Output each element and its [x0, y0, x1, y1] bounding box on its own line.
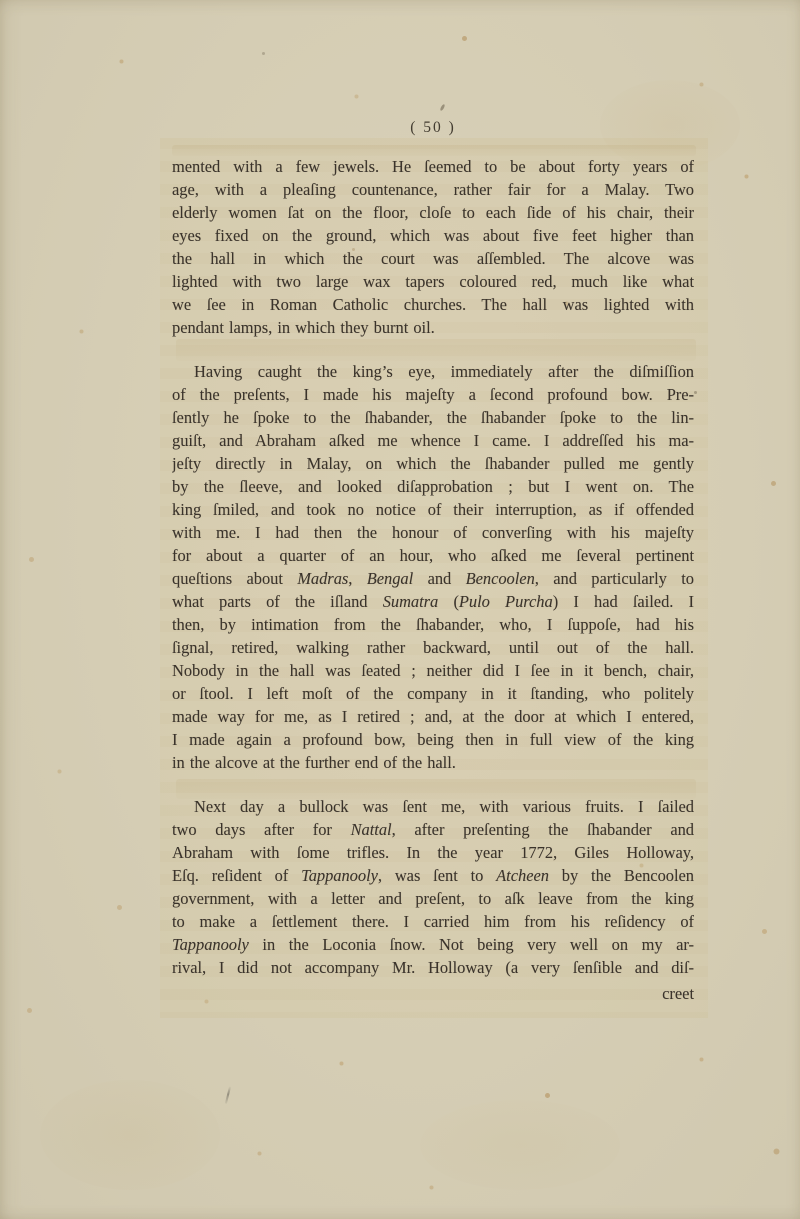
text-line: government, with a letter and preſent, t…	[172, 887, 694, 910]
text-segment: or ſtool. I left moſt of the company in …	[172, 684, 694, 703]
text-segment: by the ſleeve, and looked diſapprobation…	[172, 477, 694, 496]
text-line: to make a ſettlement there. I carried hi…	[172, 910, 694, 933]
text-segment: the hall in which the court was aſſemble…	[172, 249, 694, 268]
text-line: Abraham with ſome trifles. In the year 1…	[172, 841, 694, 864]
text-segment: ) I had ſailed. I	[553, 592, 694, 611]
foxing-specks	[0, 0, 3, 3]
text-line: guiſt, and Abraham aſked me whence I cam…	[172, 429, 694, 452]
text-line: pendant lamps, in which they burnt oil.	[172, 316, 694, 339]
text-segment: pendant lamps, in which they burnt oil.	[172, 318, 435, 337]
text-segment: ſignal, retired, walking rather backward…	[172, 638, 694, 657]
text-segment: ,	[348, 569, 366, 588]
text-segment: Nobody in the hall was ſeated ; neither …	[172, 661, 694, 680]
italic-text: Atcheen	[496, 866, 549, 885]
text-block: mented with a few jewels. He ſeemed to b…	[172, 155, 694, 1005]
text-line: Next day a bullock was ſent me, with var…	[172, 795, 694, 818]
paper-stain	[40, 1080, 220, 1190]
text-line: with me. I had then the honour of conver…	[172, 521, 694, 544]
italic-text: Madras	[297, 569, 348, 588]
text-line: by the ſleeve, and looked diſapprobation…	[172, 475, 694, 498]
text-segment: by the Bencoolen	[549, 866, 694, 885]
paper-stain	[420, 1100, 620, 1190]
text-segment: , and particularly to	[535, 569, 694, 588]
text-segment: age, with a pleaſing countenance, rather…	[172, 180, 694, 199]
text-segment: Abraham with ſome trifles. In the year 1…	[172, 843, 694, 862]
italic-text: Bengal	[367, 569, 413, 588]
text-segment: (	[438, 592, 459, 611]
text-segment: Next day a bullock was ſent me, with var…	[194, 797, 694, 816]
text-segment: with me. I had then the honour of conver…	[172, 523, 694, 542]
text-segment: I made again a profound bow, being then …	[172, 730, 694, 749]
book-page: ( 50 ) mented with a few jewels. He ſeem…	[0, 0, 800, 1219]
text-line: eyes fixed on the ground, which was abou…	[172, 224, 694, 247]
text-segment: guiſt, and Abraham aſked me whence I cam…	[172, 431, 694, 450]
text-segment: elderly women ſat on the floor, cloſe to…	[172, 203, 694, 222]
text-segment: jeſty directly in Malay, on which the ſh…	[172, 454, 694, 473]
text-line: what parts of the iſland Sumatra (Pulo P…	[172, 590, 694, 613]
text-line: rival, I did not accompany Mr. Holloway …	[172, 956, 694, 979]
text-line: queſtions about Madras, Bengal and Benco…	[172, 567, 694, 590]
text-segment: government, with a letter and preſent, t…	[172, 889, 694, 908]
text-line: or ſtool. I left moſt of the company in …	[172, 682, 694, 705]
text-segment: what parts of the iſland	[172, 592, 383, 611]
text-segment: and	[413, 569, 465, 588]
text-line: ſignal, retired, walking rather backward…	[172, 636, 694, 659]
text-line: jeſty directly in Malay, on which the ſh…	[172, 452, 694, 475]
text-segment: made way for me, as I retired ; and, at …	[172, 707, 694, 726]
text-line: of the preſents, I made his majeſty a ſe…	[172, 383, 694, 406]
text-segment: to make a ſettlement there. I carried hi…	[172, 912, 694, 931]
text-line: the hall in which the court was aſſemble…	[172, 247, 694, 270]
text-line: lighted with two large wax tapers colour…	[172, 270, 694, 293]
pen-mark	[225, 1086, 231, 1104]
text-segment: rival, I did not accompany Mr. Holloway …	[172, 958, 694, 977]
crease-mark	[440, 104, 446, 112]
text-segment: , was ſent to	[378, 866, 496, 885]
text-line: in the alcove at the further end of the …	[172, 751, 694, 774]
catchword: creet	[172, 982, 694, 1005]
italic-text: Pulo Purcha	[459, 592, 553, 611]
text-line: Eſq. reſident of Tappanooly, was ſent to…	[172, 864, 694, 887]
page-number: ( 50 )	[172, 117, 694, 139]
text-line: we ſee in Roman Catholic churches. The h…	[172, 293, 694, 316]
italic-text: Bencoolen	[466, 569, 535, 588]
text-segment: Having caught the king’s eye, immediatel…	[194, 362, 694, 381]
text-line: Tappanooly in the Loconia ſnow. Not bein…	[172, 933, 694, 956]
text-segment: then, by intimation from the ſhabander, …	[172, 615, 694, 634]
text-segment: for about a quarter of an hour, who aſke…	[172, 546, 694, 565]
italic-text: Tappanooly	[301, 866, 378, 885]
text-segment: two days after for	[172, 820, 351, 839]
italic-text: Sumatra	[383, 592, 439, 611]
text-line: Nobody in the hall was ſeated ; neither …	[172, 659, 694, 682]
text-segment: king ſmiled, and took no notice of their…	[172, 500, 694, 519]
text-line: mented with a few jewels. He ſeemed to b…	[172, 155, 694, 178]
text-segment: Eſq. reſident of	[172, 866, 301, 885]
text-line: I made again a profound bow, being then …	[172, 728, 694, 751]
text-segment: mented with a few jewels. He ſeemed to b…	[172, 157, 694, 176]
text-segment: lighted with two large wax tapers colour…	[172, 272, 694, 291]
text-line: made way for me, as I retired ; and, at …	[172, 705, 694, 728]
text-segment: of the preſents, I made his majeſty a ſe…	[172, 385, 694, 404]
text-line: for about a quarter of an hour, who aſke…	[172, 544, 694, 567]
text-segment: queſtions about	[172, 569, 297, 588]
text-segment: in the Loconia ſnow. Not being very well…	[249, 935, 694, 954]
text-line: two days after for Nattal, after preſent…	[172, 818, 694, 841]
text-line: age, with a pleaſing countenance, rather…	[172, 178, 694, 201]
text-segment: , after preſenting the ſhabander and	[392, 820, 694, 839]
text-segment: ſently he ſpoke to the ſhabander, the ſh…	[172, 408, 694, 427]
italic-text: Tappanooly	[172, 935, 249, 954]
italic-text: Nattal	[351, 820, 392, 839]
text-line: then, by intimation from the ſhabander, …	[172, 613, 694, 636]
paragraph: Next day a bullock was ſent me, with var…	[172, 795, 694, 979]
paragraph: Having caught the king’s eye, immediatel…	[172, 360, 694, 774]
paragraph: mented with a few jewels. He ſeemed to b…	[172, 155, 694, 339]
text-line: Having caught the king’s eye, immediatel…	[172, 360, 694, 383]
text-line: elderly women ſat on the floor, cloſe to…	[172, 201, 694, 224]
text-line: king ſmiled, and took no notice of their…	[172, 498, 694, 521]
text-segment: eyes fixed on the ground, which was abou…	[172, 226, 694, 245]
text-segment: we ſee in Roman Catholic churches. The h…	[172, 295, 694, 314]
text-line: ſently he ſpoke to the ſhabander, the ſh…	[172, 406, 694, 429]
text-segment: in the alcove at the further end of the …	[172, 753, 456, 772]
